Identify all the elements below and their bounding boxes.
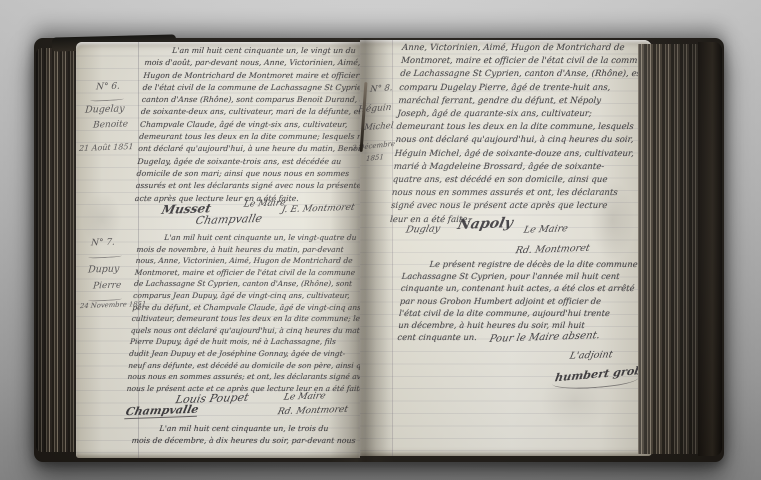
margin-date-act6: 21 Août 1851 [79, 142, 134, 153]
handwritten-line: comparus Jean Dupuy, âgé de vingt-cinq a… [133, 290, 360, 302]
maire-label-act8: Le Maire [523, 223, 569, 236]
next-act-opening-text: L'an mil huit cent cinquante un, le troi… [131, 423, 359, 447]
handwritten-line: cultivateur, demeurant tous les deux en … [131, 313, 358, 325]
handwritten-line: Montmoret, maire et officier de l'état c… [134, 267, 360, 279]
handwritten-line: ont déclaré qu'aujourd'hui, à une heure … [138, 143, 355, 155]
handwritten-line: cinquante un, contenant huit actes, a ét… [400, 282, 649, 294]
flourish-line [88, 254, 122, 259]
margin-date-act8-line2: 1851 [366, 153, 384, 163]
handwritten-line: Dugelay, âgée de soixante-trois ans, est… [137, 156, 354, 168]
handwritten-line: père du défunt, et Champvale Claude, âgé… [132, 302, 359, 314]
handwritten-line: canton d'Anse (Rhône), sont comparus Ben… [141, 94, 358, 106]
signature-napoly: Napoly [456, 215, 514, 233]
handwritten-line: Le présent registre de décès de la dite … [402, 258, 651, 270]
margin-act-number-8: N° 8. [369, 83, 393, 95]
handwritten-line: Joseph, âgé de quarante-six ans, cultiva… [397, 108, 650, 121]
handwritten-line: Héguin Michel, âgé de soixante-douze ans… [394, 148, 647, 161]
margin-act-number-6: N° 6. [96, 82, 121, 93]
handwritten-line: Anne, Victorinien, Aimé, Hugon de Montri… [402, 42, 652, 55]
handwritten-line: demeurant tous les deux en la dite commu… [139, 131, 356, 143]
handwritten-line: mois de décembre, à dix heures du soir, … [131, 435, 358, 447]
handwritten-line: comparu Dugelay Pierre, âgé de trente-hu… [399, 82, 652, 95]
right-page: Anne, Victorinien, Aimé, Hugon de Montri… [360, 40, 652, 456]
handwritten-line: mois d'août, par-devant nous, Anne, Vict… [144, 57, 360, 69]
handwritten-line: L'an mil huit cent cinquante un, le ving… [145, 45, 360, 57]
handwritten-line: de Lachassagne St Cyprien, canton d'Anse… [400, 68, 652, 81]
margin-name-michel: Michel [364, 121, 394, 133]
signature-montmoret-act6: J. E. Montmoret [281, 203, 356, 216]
handwritten-line: Hugon de Montrichard de Montmoret maire … [143, 70, 360, 82]
margin-name-pierre: Pierre [93, 280, 122, 291]
handwritten-line: Montmoret, maire et officier de l'état c… [401, 55, 652, 68]
handwritten-line: nous ont déclaré qu'aujourd'hui, à cinq … [395, 134, 648, 147]
handwritten-line: Pierre Dupuy, âgé de huit mois, né à Lac… [130, 336, 357, 348]
margin-name-dupuy: Dupuy [88, 263, 120, 275]
handwritten-line: quels nous ont déclaré qu'aujourd'hui, à… [130, 325, 357, 337]
act8-body-text: Anne, Victorinien, Aimé, Hugon de Montri… [390, 42, 652, 227]
handwritten-line: un décembre, à huit heures du soir, mil … [398, 319, 647, 331]
adjoint-label: L'adjoint [569, 349, 614, 361]
margin-date-act8-line1: 3 Décembre [352, 140, 395, 153]
handwritten-line: nous nous en sommes assurés; et ont, les… [127, 371, 354, 383]
handwritten-line: dudit Jean Dupuy et de Joséphine Gonnay,… [129, 348, 356, 360]
handwritten-line: marié à Magdeleine Brossard, âgée de soi… [393, 161, 646, 174]
handwritten-line: Lachassagne St Cyprien, pour l'année mil… [401, 270, 650, 282]
handwritten-line: quatre ans, est décédé en son domicile, … [392, 174, 645, 187]
handwritten-line: demeurant tous les deux en la dite commu… [396, 121, 649, 134]
handwritten-line: de Lachassagne St Cyprien, canton d'Anse… [134, 278, 360, 290]
handwritten-line: mois de novembre, à huit heures du matin… [136, 244, 360, 256]
photograph-background: N° 6. Dugelay Benoite 21 Août 1851 N° 7.… [0, 0, 761, 480]
flourish-line [90, 97, 124, 102]
handwritten-line: assurés et ont les déclarants signé avec… [135, 180, 352, 192]
left-page: N° 6. Dugelay Benoite 21 Août 1851 N° 7.… [76, 42, 360, 458]
right-page-margin-block: N° 8. Héguin Michel 3 Décembre 1851 [350, 82, 400, 212]
signature-montmoret-act7: Rd. Montmoret [277, 405, 349, 417]
act7-body-text: L'an mil huit cent cinquante un, le ving… [126, 232, 360, 394]
margin-name-dugelay: Dugelay [85, 103, 125, 115]
maire-label-act6: Le Maire [243, 198, 287, 209]
handwritten-line: L'an mil huit cent cinquante un, le troi… [132, 423, 359, 435]
signature-champvalle-act6: Champvalle [194, 212, 263, 227]
handwritten-line: domicile de son mari; ainsi que nous nou… [136, 168, 353, 180]
maire-label-act7: Le Maire [283, 391, 327, 402]
signature-montmoret-act8: Rd. Montmoret [515, 243, 591, 257]
handwritten-line: L'an mil huit cent cinquante un, le ving… [137, 232, 360, 244]
register-closing-text: Le présent registre de décès de la dite … [397, 258, 651, 343]
act6-body-text: L'an mil huit cent cinquante un, le ving… [134, 45, 360, 205]
handwritten-line: de soixante-deux ans, cultivateur, mari … [140, 106, 357, 118]
handwritten-line: Champvale Claude, âgé de vingt-six ans, … [140, 119, 357, 131]
handwritten-line: neuf ans défunte, est décédé au domicile… [128, 360, 355, 372]
book-back-cover-edge [698, 42, 722, 456]
register-book: N° 6. Dugelay Benoite 21 Août 1851 N° 7.… [34, 38, 724, 462]
handwritten-line: nous, Anne, Victorinien, Aimé, Hugon de … [135, 255, 360, 267]
handwritten-line: l'état civil de la dite commune, aujourd… [399, 307, 648, 319]
signature-champvalle-act7: Champvalle [124, 403, 200, 420]
signature-duglay: Duglay [405, 223, 442, 235]
book-page-edges-right [638, 44, 702, 454]
handwritten-line: nous nous en sommes assurés et ont, les … [391, 187, 644, 200]
handwritten-line: maréchal ferrant, gendre du défunt, et N… [398, 95, 651, 108]
handwritten-line: signé avec nous le présent acte après qu… [390, 200, 643, 213]
margin-name-benoite: Benoite [93, 119, 129, 130]
handwritten-line: de l'état civil de la commune de Lachass… [142, 82, 359, 94]
handwritten-line: par nous Grobon Humbert adjoint et offic… [400, 295, 649, 307]
margin-act-number-7: N° 7. [91, 238, 116, 249]
